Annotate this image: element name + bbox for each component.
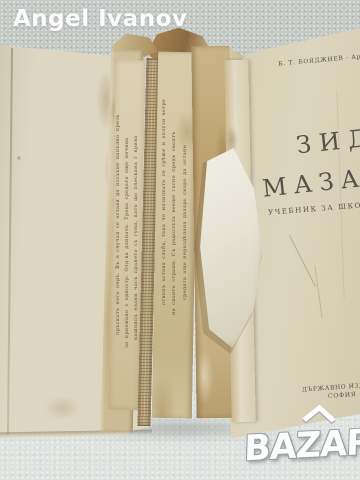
book-subtitle: УЧЕБНИК ЗА ШКОЛИТЕ <box>268 199 360 217</box>
spine-text-fragment: пръскатъ него перъ. Въ в случая се остав… <box>115 114 121 335</box>
publisher-city-line: СОФИЯ <box>328 391 357 400</box>
paper-crease <box>289 235 316 287</box>
paper-crease <box>336 90 344 300</box>
watermark-text: Angel Ivanov <box>13 6 187 32</box>
spine-text-fragment: отвънъ остава слаба, така че мазилката с… <box>161 99 167 305</box>
spine-text-fragment: на своитъ страни. Съ радостьта вееше гас… <box>171 131 177 315</box>
photo-of-damaged-book: Б. Т. БОЯДЖИЕВ · Арх. ХР. ЗИДА МАЗАЧ УЧЕ… <box>0 0 360 480</box>
spine-text-fragment: кашлипъ елани часъ прането съ гума, като… <box>133 135 139 340</box>
bazar-logo-text: BAZAR <box>243 423 360 470</box>
book-title-line-2: МАЗАЧ <box>261 161 360 202</box>
author-line: Б. Т. БОЯДЖИЕВ · Арх. ХР. <box>278 51 360 67</box>
spine-text-fragment: за приемане с едностр. Отд-ва длината. Т… <box>124 138 130 348</box>
paper-crease <box>314 266 322 318</box>
book-title-line-1: ЗИДА <box>295 121 360 160</box>
spine-text-fragment: средата още нераздѣлана дъхарь скоро да … <box>182 145 188 300</box>
